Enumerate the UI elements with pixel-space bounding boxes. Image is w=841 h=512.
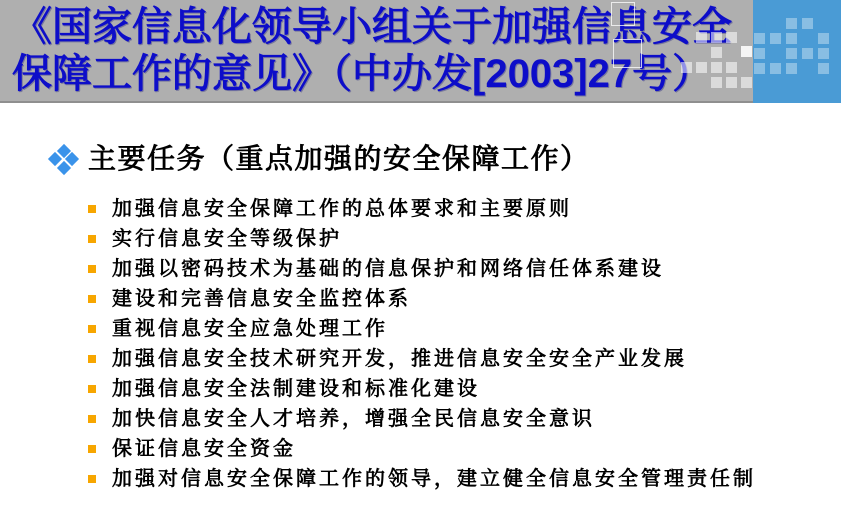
list-item-text: 加强以密码技术为基础的信息保护和网络信任体系建设 — [112, 254, 664, 284]
slide-title: 《国家信息化领导小组关于加强信息安全 保障工作的意见》（中办发[2003]27号… — [12, 4, 757, 98]
square-bullet-icon — [88, 295, 96, 303]
section-heading: 主要任务（重点加强的安全保障工作） — [88, 143, 590, 175]
decor-square — [754, 33, 765, 44]
list-item: 实行信息安全等级保护 — [88, 224, 808, 254]
decor-square — [711, 77, 722, 88]
decor-square — [802, 18, 813, 29]
list-item-text: 加强信息安全法制建设和标准化建设 — [112, 374, 480, 404]
decor-square — [770, 63, 781, 74]
square-bullet-icon — [88, 265, 96, 273]
decor-square — [681, 62, 692, 73]
title-band: 《国家信息化领导小组关于加强信息安全 保障工作的意见》（中办发[2003]27号… — [0, 0, 841, 103]
decor-square — [613, 39, 642, 68]
square-bullet-icon — [88, 445, 96, 453]
decor-square — [726, 62, 737, 73]
decor-square — [696, 62, 707, 73]
square-bullet-icon — [88, 355, 96, 363]
list-item-text: 实行信息安全等级保护 — [112, 224, 342, 254]
square-bullet-icon — [88, 205, 96, 213]
decor-square — [818, 33, 829, 44]
square-bullet-icon — [88, 325, 96, 333]
list-item-text: 加强信息安全保障工作的总体要求和主要原则 — [112, 194, 572, 224]
list-item: 重视信息安全应急处理工作 — [88, 314, 808, 344]
decor-square — [741, 77, 752, 88]
decor-square — [711, 32, 722, 43]
decor-square — [786, 63, 797, 74]
decor-square — [770, 33, 781, 44]
decor-square — [754, 48, 765, 59]
decor-square — [818, 63, 829, 74]
list-item-text: 加强对信息安全保障工作的领导，建立健全信息安全管理责任制 — [112, 464, 756, 494]
list-item: 加强信息安全技术研究开发，推进信息安全安全产业发展 — [88, 344, 808, 374]
decor-square — [786, 18, 797, 29]
list-item: 保证信息安全资金 — [88, 434, 808, 464]
decor-square — [754, 63, 765, 74]
list-item-text: 加强信息安全技术研究开发，推进信息安全安全产业发展 — [112, 344, 687, 374]
diamond-bullet-icon — [50, 146, 77, 173]
list-item: 加快信息安全人才培养，增强全民信息安全意识 — [88, 404, 808, 434]
bullet-list: 加强信息安全保障工作的总体要求和主要原则 实行信息安全等级保护 加强以密码技术为… — [88, 194, 808, 494]
decor-square — [726, 32, 737, 43]
list-item-text: 保证信息安全资金 — [112, 434, 296, 464]
square-bullet-icon — [88, 475, 96, 483]
slide-title-line1: 《国家信息化领导小组关于加强信息安全 — [12, 4, 757, 51]
decor-square — [786, 48, 797, 59]
decor-square — [611, 2, 635, 26]
decor-square — [696, 32, 707, 43]
decor-square — [711, 62, 722, 73]
decor-square — [726, 77, 737, 88]
square-bullet-icon — [88, 235, 96, 243]
list-item: 加强信息安全保障工作的总体要求和主要原则 — [88, 194, 808, 224]
list-item-text: 建设和完善信息安全监控体系 — [112, 284, 411, 314]
slide-title-line2: 保障工作的意见》（中办发[2003]27号） — [12, 51, 757, 98]
decor-square — [741, 46, 752, 57]
list-item-text: 重视信息安全应急处理工作 — [112, 314, 388, 344]
decor-square — [818, 48, 829, 59]
list-item: 建设和完善信息安全监控体系 — [88, 284, 808, 314]
decor-square — [802, 48, 813, 59]
decor-square — [786, 33, 797, 44]
square-bullet-icon — [88, 415, 96, 423]
square-bullet-icon — [88, 385, 96, 393]
list-item-text: 加快信息安全人才培养，增强全民信息安全意识 — [112, 404, 595, 434]
presentation-slide: 《国家信息化领导小组关于加强信息安全 保障工作的意见》（中办发[2003]27号… — [0, 0, 841, 512]
list-item: 加强信息安全法制建设和标准化建设 — [88, 374, 808, 404]
list-item: 加强对信息安全保障工作的领导，建立健全信息安全管理责任制 — [88, 464, 808, 494]
decor-square — [711, 47, 722, 58]
list-item: 加强以密码技术为基础的信息保护和网络信任体系建设 — [88, 254, 808, 284]
section-heading-row: 主要任务（重点加强的安全保障工作） — [50, 143, 590, 175]
